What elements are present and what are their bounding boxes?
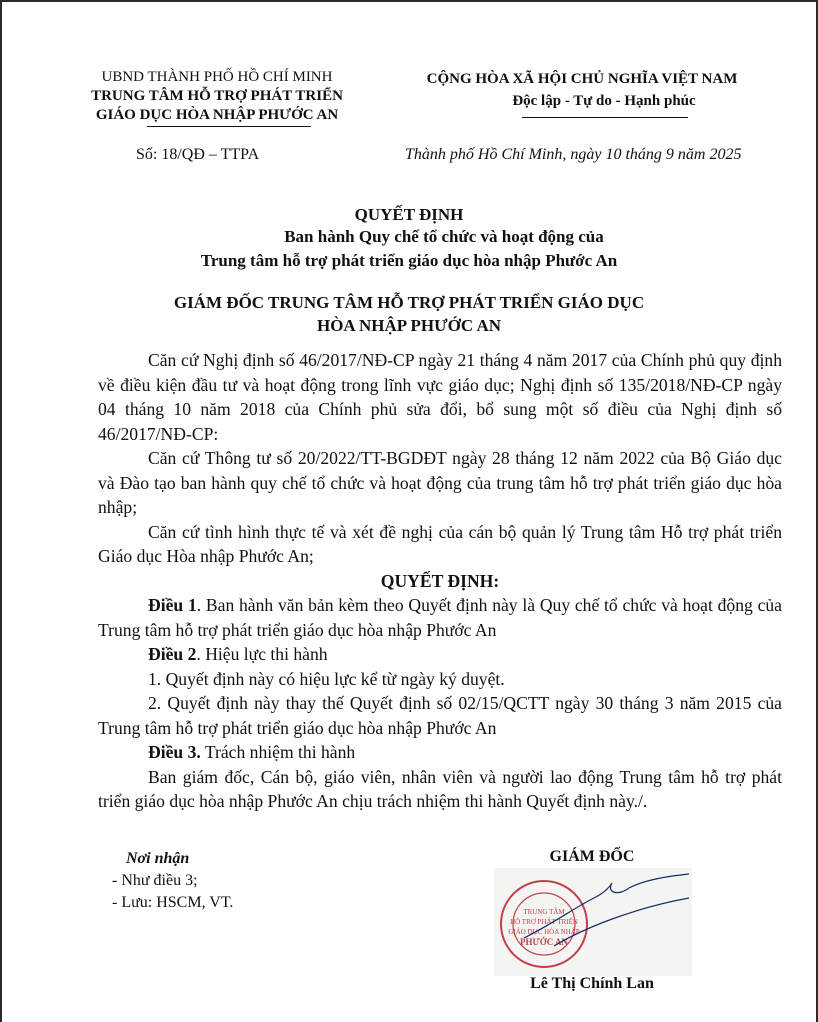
motto-underline (522, 117, 688, 118)
article-2: Điều 2. Hiệu lực thi hành (98, 642, 782, 667)
document-title: QUYẾT ĐỊNH (2, 203, 816, 227)
recipients-heading: Nơi nhận (112, 848, 233, 870)
authority-line-1: UBND THÀNH PHỐ HỒ CHÍ MINH (42, 68, 392, 87)
recipient-item: - Như điều 3; (112, 870, 233, 892)
official-stamp-icon: TRUNG TÂMHỖ TRỢ PHÁT TRIỂNGIÁO DỤC HÒA N… (494, 868, 692, 976)
recipients: Nơi nhận - Như điều 3; - Lưu: HSCM, VT. (112, 848, 233, 914)
document-body: Căn cứ Nghị định số 46/2017/NĐ-CP ngày 2… (98, 348, 782, 814)
preamble-3: Căn cứ tình hình thực tế và xét đề nghị … (98, 520, 782, 569)
place-date: Thành phố Hồ Chí Minh, ngày 10 tháng 9 n… (405, 146, 741, 164)
authority-line-3: GIÁO DỤC HÒA NHẬP PHƯỚC AN (42, 106, 392, 125)
document-number: Số: 18/QĐ – TTPA (136, 146, 259, 164)
svg-text:TRUNG TÂM: TRUNG TÂM (523, 908, 565, 916)
authority-underline (147, 126, 311, 127)
preamble-2: Căn cứ Thông tư số 20/2022/TT-BGDĐT ngày… (98, 446, 782, 520)
national-motto: CỘNG HÒA XÃ HỘI CHỦ NGHĨA VIỆT NAM Độc l… (392, 68, 772, 112)
preamble-1: Căn cứ Nghị định số 46/2017/NĐ-CP ngày 2… (98, 348, 782, 446)
issuing-authority: UBND THÀNH PHỐ HỒ CHÍ MINH TRUNG TÂM HỖ … (42, 68, 392, 125)
article-3-body: Ban giám đốc, Cán bộ, giáo viên, nhân vi… (98, 765, 782, 814)
article-2-label: Điều 2 (148, 644, 196, 664)
svg-text:HỖ TRỢ PHÁT TRIỂN: HỖ TRỢ PHÁT TRIỂN (510, 918, 578, 926)
signer-name: Lê Thị Chính Lan (492, 975, 692, 993)
country-name: CỘNG HÒA XÃ HỘI CHỦ NGHĨA VIỆT NAM (392, 68, 772, 90)
signature-image: TRUNG TÂMHỖ TRỢ PHÁT TRIỂNGIÁO DỤC HÒA N… (494, 868, 692, 976)
article-3-text: Trách nhiệm thi hành (201, 742, 355, 762)
signer-title: GIÁM ĐỐC (492, 848, 692, 866)
article-1-text: . Ban hành văn bản kèm theo Quyết định n… (98, 595, 782, 640)
article-3-label: Điều 3. (148, 742, 201, 762)
article-1-label: Điều 1 (148, 595, 197, 615)
article-2-text: . Hiệu lực thi hành (196, 644, 327, 664)
authority-heading-2: HÒA NHẬP PHƯỚC AN (2, 316, 816, 336)
authority-line-2: TRUNG TÂM HỖ TRỢ PHÁT TRIỂN (42, 87, 392, 106)
article-2-item-2: 2. Quyết định này thay thế Quyết định số… (98, 691, 782, 740)
document-subtitle-1: Ban hành Quy chế tổ chức và hoạt động củ… (2, 227, 816, 247)
document-subtitle-2: Trung tâm hỗ trợ phát triển giáo dục hòa… (2, 251, 816, 271)
document-page: UBND THÀNH PHỐ HỒ CHÍ MINH TRUNG TÂM HỖ … (2, 2, 816, 1022)
motto: Độc lập - Tự do - Hạnh phúc (392, 90, 772, 112)
article-3: Điều 3. Trách nhiệm thi hành (98, 740, 782, 765)
recipient-item: - Lưu: HSCM, VT. (112, 892, 233, 914)
authority-heading-1: GIÁM ĐỐC TRUNG TÂM HỖ TRỢ PHÁT TRIỂN GIÁ… (2, 293, 816, 313)
svg-text:GIÁO DỤC HÒA NHẬP: GIÁO DỤC HÒA NHẬP (508, 928, 579, 936)
article-2-item-1: 1. Quyết định này có hiệu lực kể từ ngày… (98, 667, 782, 692)
article-1: Điều 1. Ban hành văn bản kèm theo Quyết … (98, 593, 782, 642)
decision-heading: QUYẾT ĐỊNH: (98, 569, 782, 594)
